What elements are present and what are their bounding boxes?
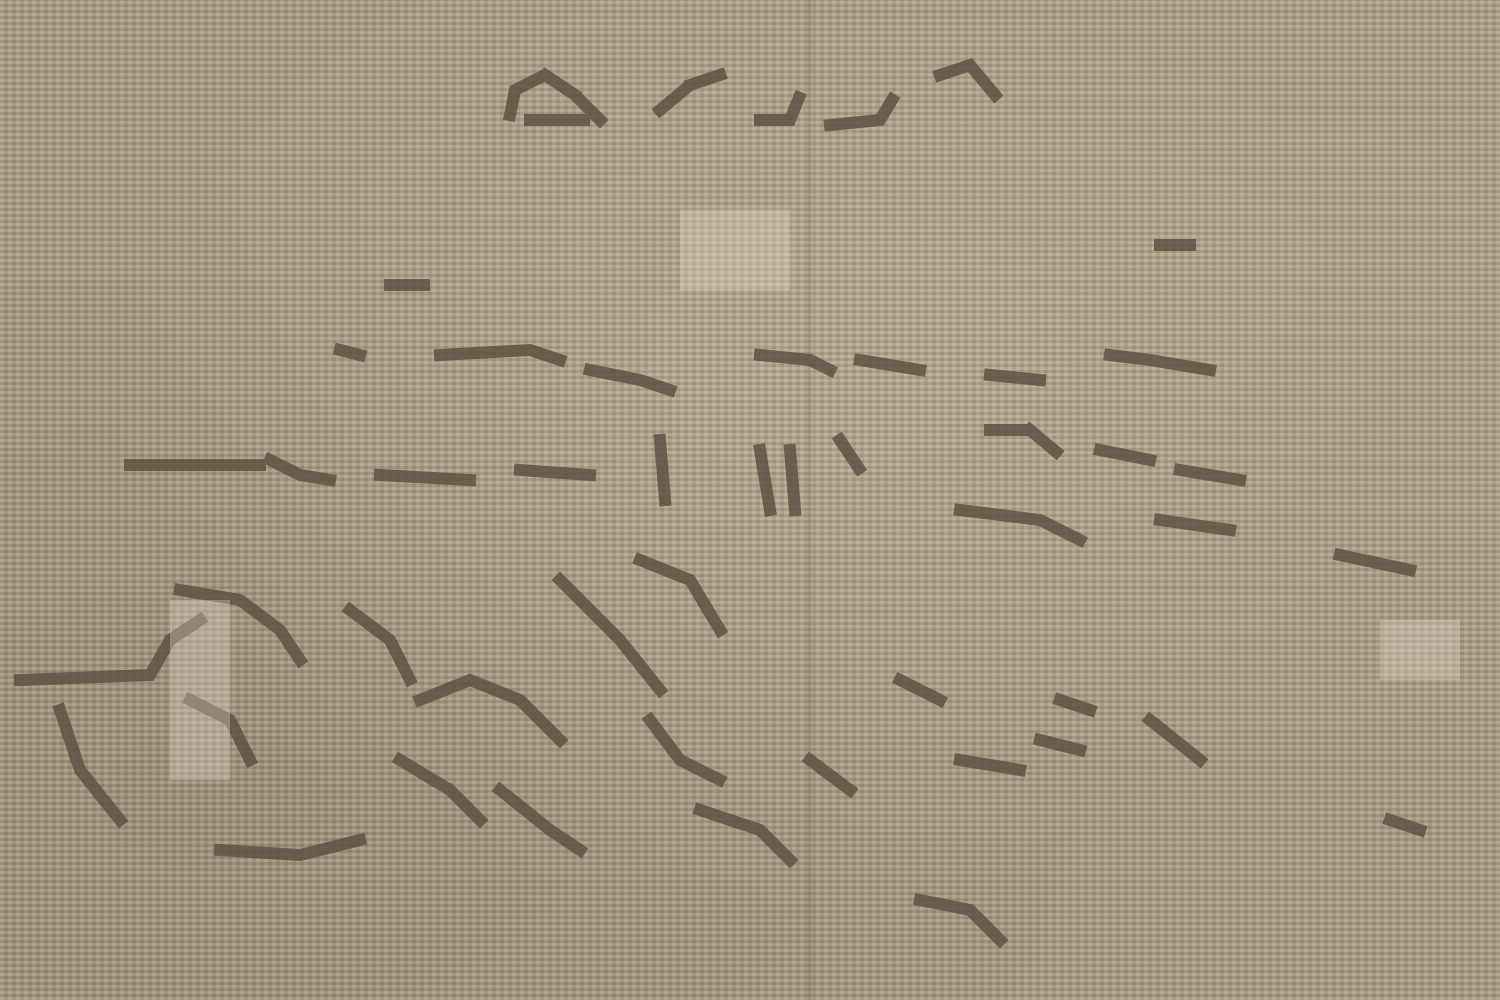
rug-motif <box>0 0 1500 1000</box>
rug-photo <box>0 0 1500 1000</box>
